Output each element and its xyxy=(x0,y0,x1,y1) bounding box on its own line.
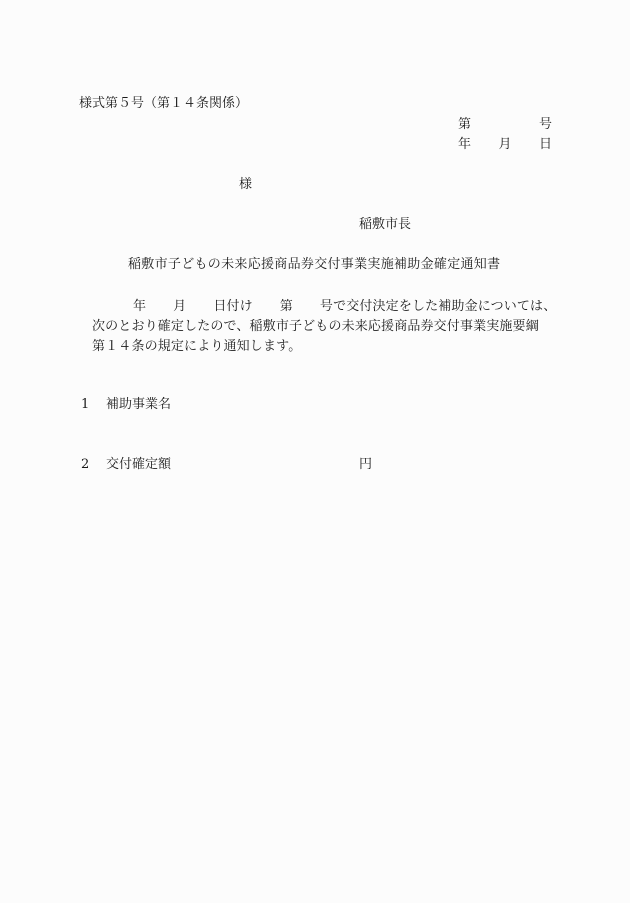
number-suffix: 号 xyxy=(539,118,552,131)
recipient-honorific: 様 xyxy=(239,178,252,191)
date-year: 年 xyxy=(458,138,471,151)
amount-unit-yen: 円 xyxy=(359,458,372,471)
date-month: 月 xyxy=(498,138,511,151)
item-number: 2 xyxy=(81,458,106,471)
date-day: 日 xyxy=(539,138,552,151)
item-confirmed-amount: 2交付確定額 xyxy=(81,458,171,471)
body-line-3: 第１４条の規定により通知します。 xyxy=(92,337,554,357)
number-prefix: 第 xyxy=(458,118,471,131)
body-line-2: 次のとおり確定したので、稲敷市子どもの未来応援商品券交付事業実施要綱 xyxy=(92,317,554,337)
item-number: 1 xyxy=(81,398,106,411)
body-line-1-rest: 号で交付決定をした補助金については、 xyxy=(320,299,556,314)
body-line-1: 年月日付け第号で交付決定をした補助金については、 xyxy=(92,297,554,317)
body-paragraph: 年月日付け第号で交付決定をした補助金については、 次のとおり確定したので、稲敷市… xyxy=(92,297,554,357)
item-project-name: 1補助事業名 xyxy=(81,398,171,411)
item-label: 交付確定額 xyxy=(106,457,171,472)
document-title: 稲敷市子どもの未来応援商品券交付事業実施補助金確定通知書 xyxy=(128,258,500,271)
body-day-dated: 日付け xyxy=(213,299,252,314)
form-identifier: 様式第５号（第１４条関係） xyxy=(79,97,248,110)
item-label: 補助事業名 xyxy=(106,397,171,412)
sender-name: 稲敷市長 xyxy=(359,218,411,231)
body-year: 年 xyxy=(133,299,146,314)
document-date-line: 年 月 日 xyxy=(458,138,552,151)
body-no-prefix: 第 xyxy=(280,299,293,314)
body-month: 月 xyxy=(173,299,186,314)
document-number-line: 第 号 xyxy=(458,118,552,131)
